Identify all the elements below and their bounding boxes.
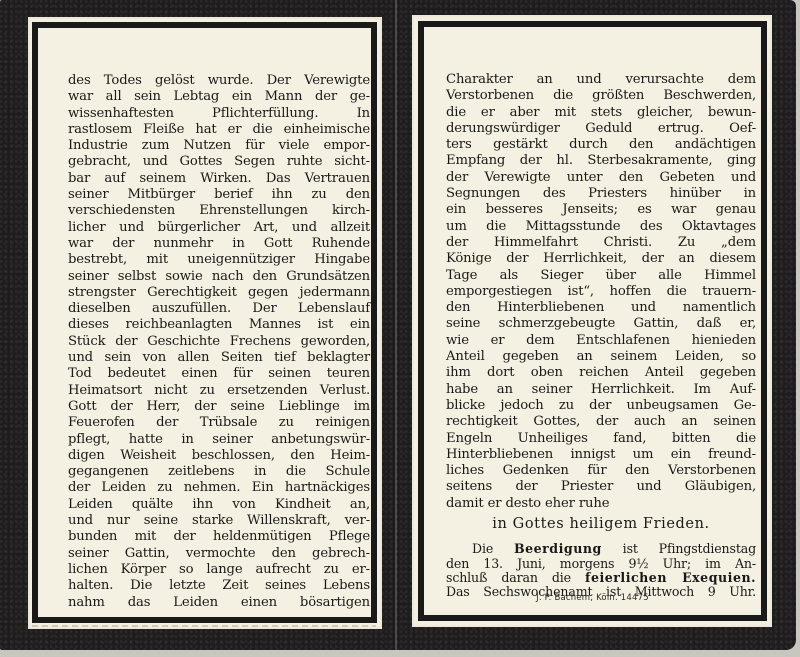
text-line: ihm dort oben reichen Anteil gegeben — [446, 365, 756, 381]
text-line: ein besseres Jenseits; es war genau — [446, 202, 756, 218]
notice-line: schluß daran die feierlichen Exequien. — [446, 571, 756, 585]
text-line: des Todes gelöst wurde. Der Verewigte — [68, 73, 370, 89]
text-line: wie er dem Entschlafenen hienieden — [446, 333, 756, 349]
text-line: halten. Die letzte Zeit seines Lebens — [68, 578, 370, 594]
text-line: und sein von allen Seiten tief beklagter — [68, 350, 370, 366]
text-line: strengster Gerechtigkeit gegen jedermann — [68, 285, 370, 301]
text-line: Feuerofen der Trübsale zu reinigen — [68, 415, 370, 431]
right-page: Charakter an und verursachte dem Verstor… — [412, 15, 772, 627]
text-line: pflegt, hatte in seiner anbetungswür- — [68, 432, 370, 448]
border-ornament — [32, 625, 376, 627]
text-line: bestrebt, mit uneigennütziger Hingabe — [68, 252, 370, 268]
text-line: Segnungen des Priesters hinüber in — [446, 186, 756, 202]
text-line: und nur seine starke Willenskraft, ver- — [68, 513, 370, 529]
burial-label: Beerdigung — [514, 541, 602, 556]
text-line: Empfang der hl. Sterbesakramente, ging — [446, 153, 756, 169]
text-line: Anteil gegeben an seinem Leiden, so — [446, 349, 756, 365]
text-line: Tod bedeutet einen für seinen teuren — [68, 366, 370, 382]
text-line: Stück der Geschichte Frechens geworden, — [68, 334, 370, 350]
text-line: ters gestärkt durch den andächtigen — [446, 137, 756, 153]
notice-text: Die — [472, 541, 514, 556]
black-mourning-frame: Charakter an und verursachte dem Verstor… — [418, 21, 767, 621]
text-line: seitens der Priester und Gläubigen, — [446, 479, 756, 495]
text-line: habe an seiner Herrlichkeit. Im Auf- — [446, 382, 756, 398]
text-line: Hinterbliebenen innigst um ein freund- — [446, 447, 756, 463]
closing-blessing: in Gottes heiligem Frieden. — [446, 516, 756, 532]
text-line: Charakter an und verursachte dem — [446, 72, 756, 88]
text-line: der Verewigte unter den Gebeten und — [446, 170, 756, 186]
text-line: war der nunmehr in Gott Ruhende — [68, 236, 370, 252]
text-line: seiner Gattin, vermochte den gebrech- — [68, 546, 370, 562]
text-line: rastlosem Fleiße hat er die einheimische — [68, 122, 370, 138]
text-line: Engeln Unheiliges fand, bitten die — [446, 431, 756, 447]
left-page: des Todes gelöst wurde. Der Verewigte wa… — [28, 17, 382, 629]
text-line: liches Gedenken für den Verstorbenen — [446, 463, 756, 479]
left-page-text: des Todes gelöst wurde. Der Verewigte wa… — [68, 73, 370, 611]
text-line: bar auf seinem Wirken. Das Vertrauen — [68, 171, 370, 187]
notice-text: ist Pfingstdienstag — [602, 541, 756, 556]
funeral-notice: Die Beerdigung ist Pfingstdienstag den 1… — [446, 542, 756, 599]
text-line: Industrie zum Nutzen für viele empor- — [68, 138, 370, 154]
text-line: Könige der Herrlichkeit, der an diesem — [446, 251, 756, 267]
text-line: dieselben auszufüllen. Der Lebenslauf — [68, 301, 370, 317]
text-line: war all sein Lebtag ein Mann der ge- — [68, 89, 370, 105]
text-line: bunden mit der heldenmütigen Pflege — [68, 529, 370, 545]
text-line: die er aber mit stets gleicher, bewun- — [446, 105, 756, 121]
text-line: digen Weisheit beschlossen, den Heim- — [68, 448, 370, 464]
notice-text: schluß daran die — [446, 570, 585, 585]
text-line: Verstorbenen die größten Beschwerden, — [446, 88, 756, 104]
notice-line: Die Beerdigung ist Pfingstdienstag — [446, 542, 756, 556]
printer-imprint: J. P. Bachem, Köln. 14475 — [424, 593, 761, 603]
text-line: Tage als Sieger über alle Himmel — [446, 268, 756, 284]
text-line: den Hinterbliebenen und namentlich — [446, 300, 756, 316]
text-line: nahm das Leiden einen bösartigen — [68, 595, 370, 611]
text-line: licher und bürgerlicher Art, und allzeit — [68, 220, 370, 236]
text-line: gebracht, und Gottes Segen ruhte sicht- — [68, 154, 370, 170]
card-fold — [395, 0, 397, 650]
text-line: damit er desto eher ruhe — [446, 496, 756, 512]
exequies-label: feierlichen Exequien. — [585, 570, 756, 585]
text-line: wissenhaftesten Pflichterfüllung. In — [68, 106, 370, 122]
text-line: der Leiden zu nehmen. Ein hartnäckiges — [68, 480, 370, 496]
memorial-card: des Todes gelöst wurde. Der Verewigte wa… — [0, 0, 796, 650]
text-line: seiner selbst sowie nach den Grundsätzen — [68, 269, 370, 285]
text-line: Leiden quälte ihn von Kindheit an, — [68, 497, 370, 513]
notice-line: den 13. Juni, morgens 9½ Uhr; im An- — [446, 557, 756, 571]
right-page-text: Charakter an und verursachte dem Verstor… — [446, 72, 756, 599]
text-line: dieses reichbeanlagten Mannes ist ein — [68, 317, 370, 333]
text-line: seiner Mitbürger berief ihn zu den — [68, 187, 370, 203]
text-line: der Himmelfahrt Christi. Zu „dem — [446, 235, 756, 251]
text-line: rechtigkeit Gottes, der auch an seinen — [446, 414, 756, 430]
text-line: emporgestiegen ist“, hoffen die trauern- — [446, 284, 756, 300]
text-line: lichen Körper so lange aufrecht zu er- — [68, 562, 370, 578]
text-line: derungswürdiger Geduld ertrug. Oef- — [446, 121, 756, 137]
text-line: um die Mittagsstunde des Oktavtages — [446, 219, 756, 235]
text-line: Heimatsort nicht zu ersetzenden Verlust. — [68, 383, 370, 399]
text-line: seine schmerzgebeugte Gattin, daß er, — [446, 316, 756, 332]
text-line: Gott der Herr, der seine Lieblinge im — [68, 399, 370, 415]
text-line: verschiedensten Ehrenstellungen kirch- — [68, 203, 370, 219]
text-line: gegangenen zeitlebens in die Schule — [68, 464, 370, 480]
black-mourning-frame: des Todes gelöst wurde. Der Verewigte wa… — [32, 22, 377, 623]
text-line: blicke jedoch zu der unbeugsamen Ge- — [446, 398, 756, 414]
